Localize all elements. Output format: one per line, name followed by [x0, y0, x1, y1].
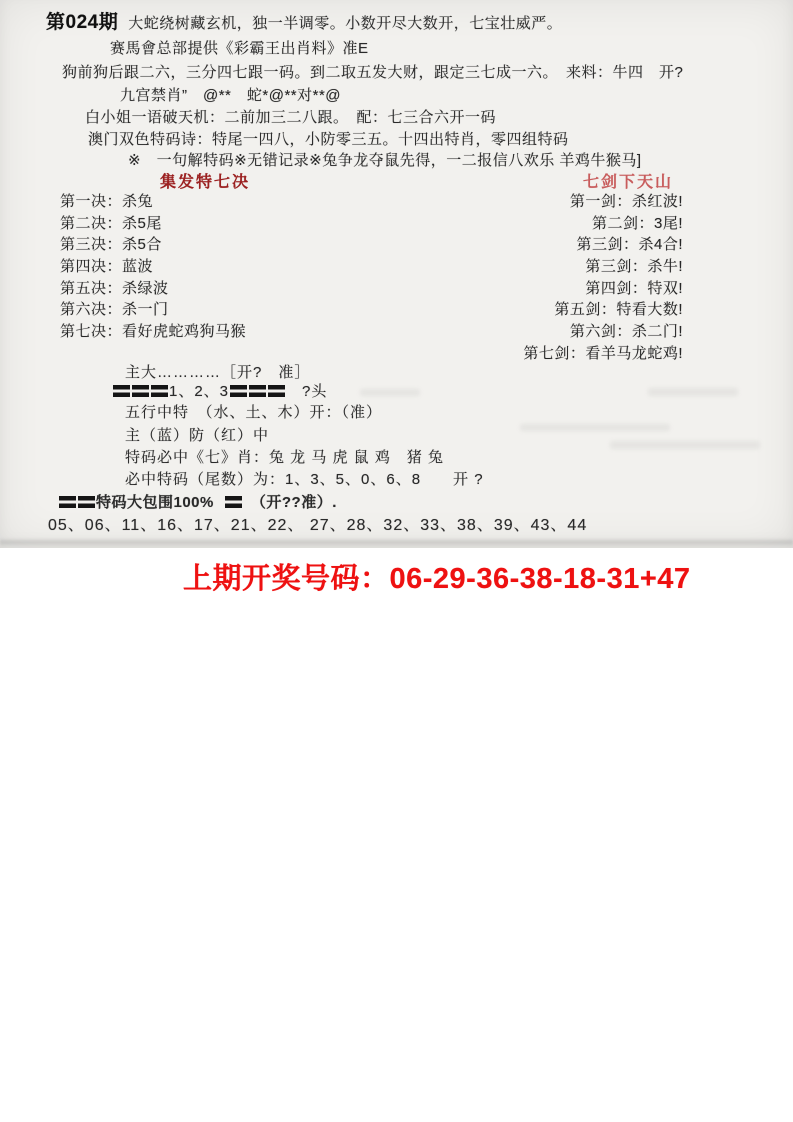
macau-poem-line: 澳门双色特码诗：特尾一四八，小防零三五。十四出特肖，零四组特码 — [88, 131, 569, 149]
redaction-block-icon — [59, 496, 76, 508]
redaction-block-icon — [151, 385, 168, 397]
list-item: 第三剑：杀牛! — [523, 256, 683, 278]
tip-line: 狗前狗后跟二六，三分四七跟一码。到二取五发大财，跟定三七成一六。 来料：牛四 开… — [62, 64, 683, 82]
redaction-block-icon — [249, 385, 266, 397]
censored-line-numbers: 1、2、3 — [169, 383, 229, 400]
list-item: 第二剑：3尾! — [523, 213, 683, 235]
list-item: 第二决：杀5尾 — [60, 213, 246, 235]
numbers-line: 05、06、11、16、17、21、22、 27、28、32、33、38、39、… — [48, 517, 587, 535]
list-item: 第一剑：杀红波! — [523, 191, 683, 213]
redaction-block-icon — [225, 496, 242, 508]
header-poem: 大蛇绕树藏玄机，独一半调零。小数开尽大数开，七宝壮威严。 — [128, 15, 562, 33]
issue-number: 第024期 — [46, 14, 118, 32]
scan-artifact — [360, 389, 420, 396]
redaction-block-icon — [78, 496, 95, 508]
jieshu-line: ※ 一句解特码※无错记录※兔争龙夺鼠先得，一二报信八欢乐 羊鸡牛猴马] — [128, 152, 642, 170]
baixiaojie-line: 白小姐一语破天机：二前加三二八跟。 配：七三合六开一码 — [85, 109, 496, 127]
list-item: 第四决：蓝波 — [60, 256, 246, 278]
scan-divider — [0, 538, 793, 547]
redaction-block-icon — [230, 385, 247, 397]
censored-line-suffix: ?头 — [286, 383, 327, 400]
list-item: 第五决：杀绿波 — [60, 278, 246, 300]
previous-draw-numbers: 06-29-36-38-18-31+47 — [390, 563, 691, 595]
scan-artifact — [648, 388, 738, 396]
lottery-tip-sheet: 第024期 大蛇绕树藏玄机，独一半调零。小数开尽大数开，七宝壮威严。 赛馬會总部… — [0, 0, 793, 1122]
right-column-title: 七剑下天山 — [583, 169, 673, 192]
redaction-block-icon — [113, 385, 130, 397]
package-suffix: （开??准）. — [243, 494, 337, 511]
package-line: 特码大包围100% （开??准）. — [58, 494, 337, 512]
scan-area: 第024期 大蛇绕树藏玄机，独一半调零。小数开尽大数开，七宝壮威严。 赛馬會总部… — [0, 0, 793, 548]
provider-line: 赛馬會总部提供《彩霸王出肖料》准E — [110, 40, 369, 58]
left-column-list: 第一决：杀兔 第二决：杀5尾 第三决：杀5合 第四决：蓝波 第五决：杀绿波 第六… — [60, 191, 246, 343]
list-item: 第四剑：特双! — [523, 278, 683, 300]
zhuda-line: 主大…………［开? 准］ — [125, 364, 310, 382]
jiugong-line: 九宫禁肖” @** 蛇*@**对**@ — [120, 87, 341, 105]
list-item: 第六决：杀一门 — [60, 299, 246, 321]
list-item: 第六剑：杀二门! — [523, 321, 683, 343]
list-item: 第三决：杀5合 — [60, 234, 246, 256]
list-item: 第三剑：杀4合! — [523, 234, 683, 256]
right-column-list: 第一剑：杀红波! 第二剑：3尾! 第三剑：杀4合! 第三剑：杀牛! 第四剑：特双… — [523, 191, 683, 365]
redaction-block-icon — [132, 385, 149, 397]
package-label: 特码大包围100% — [96, 494, 214, 511]
censored-line: 1、2、3 ?头 — [112, 383, 327, 401]
left-column-title: 集发特七决 — [160, 169, 250, 192]
bizhong-line: 必中特码（尾数）为：1、3、5、0、6、8 开 ? — [125, 471, 484, 489]
wuxing-line: 五行中特 （水、土、木）开：（准） — [125, 404, 382, 422]
list-item: 第五剑：特看大数! — [523, 299, 683, 321]
previous-draw-result: 上期开奖号码：06-29-36-38-18-31+47 — [183, 556, 691, 597]
texiao-line: 特码必中《七》肖：兔 龙 马 虎 鼠 鸡 猪 兔 — [125, 449, 444, 467]
scan-artifact — [520, 424, 670, 431]
list-item: 第七决：看好虎蛇鸡狗马猴 — [60, 321, 246, 343]
list-item: 第一决：杀兔 — [60, 191, 246, 213]
redaction-block-icon — [268, 385, 285, 397]
zhufang-line: 主（蓝）防（红）中 — [125, 427, 269, 445]
list-item: 第七剑：看羊马龙蛇鸡! — [523, 343, 683, 365]
header-line: 第024期 大蛇绕树藏玄机，独一半调零。小数开尽大数开，七宝壮威严。 — [46, 14, 562, 33]
previous-draw-label: 上期开奖号码： — [183, 563, 390, 595]
scan-artifact — [610, 441, 760, 449]
